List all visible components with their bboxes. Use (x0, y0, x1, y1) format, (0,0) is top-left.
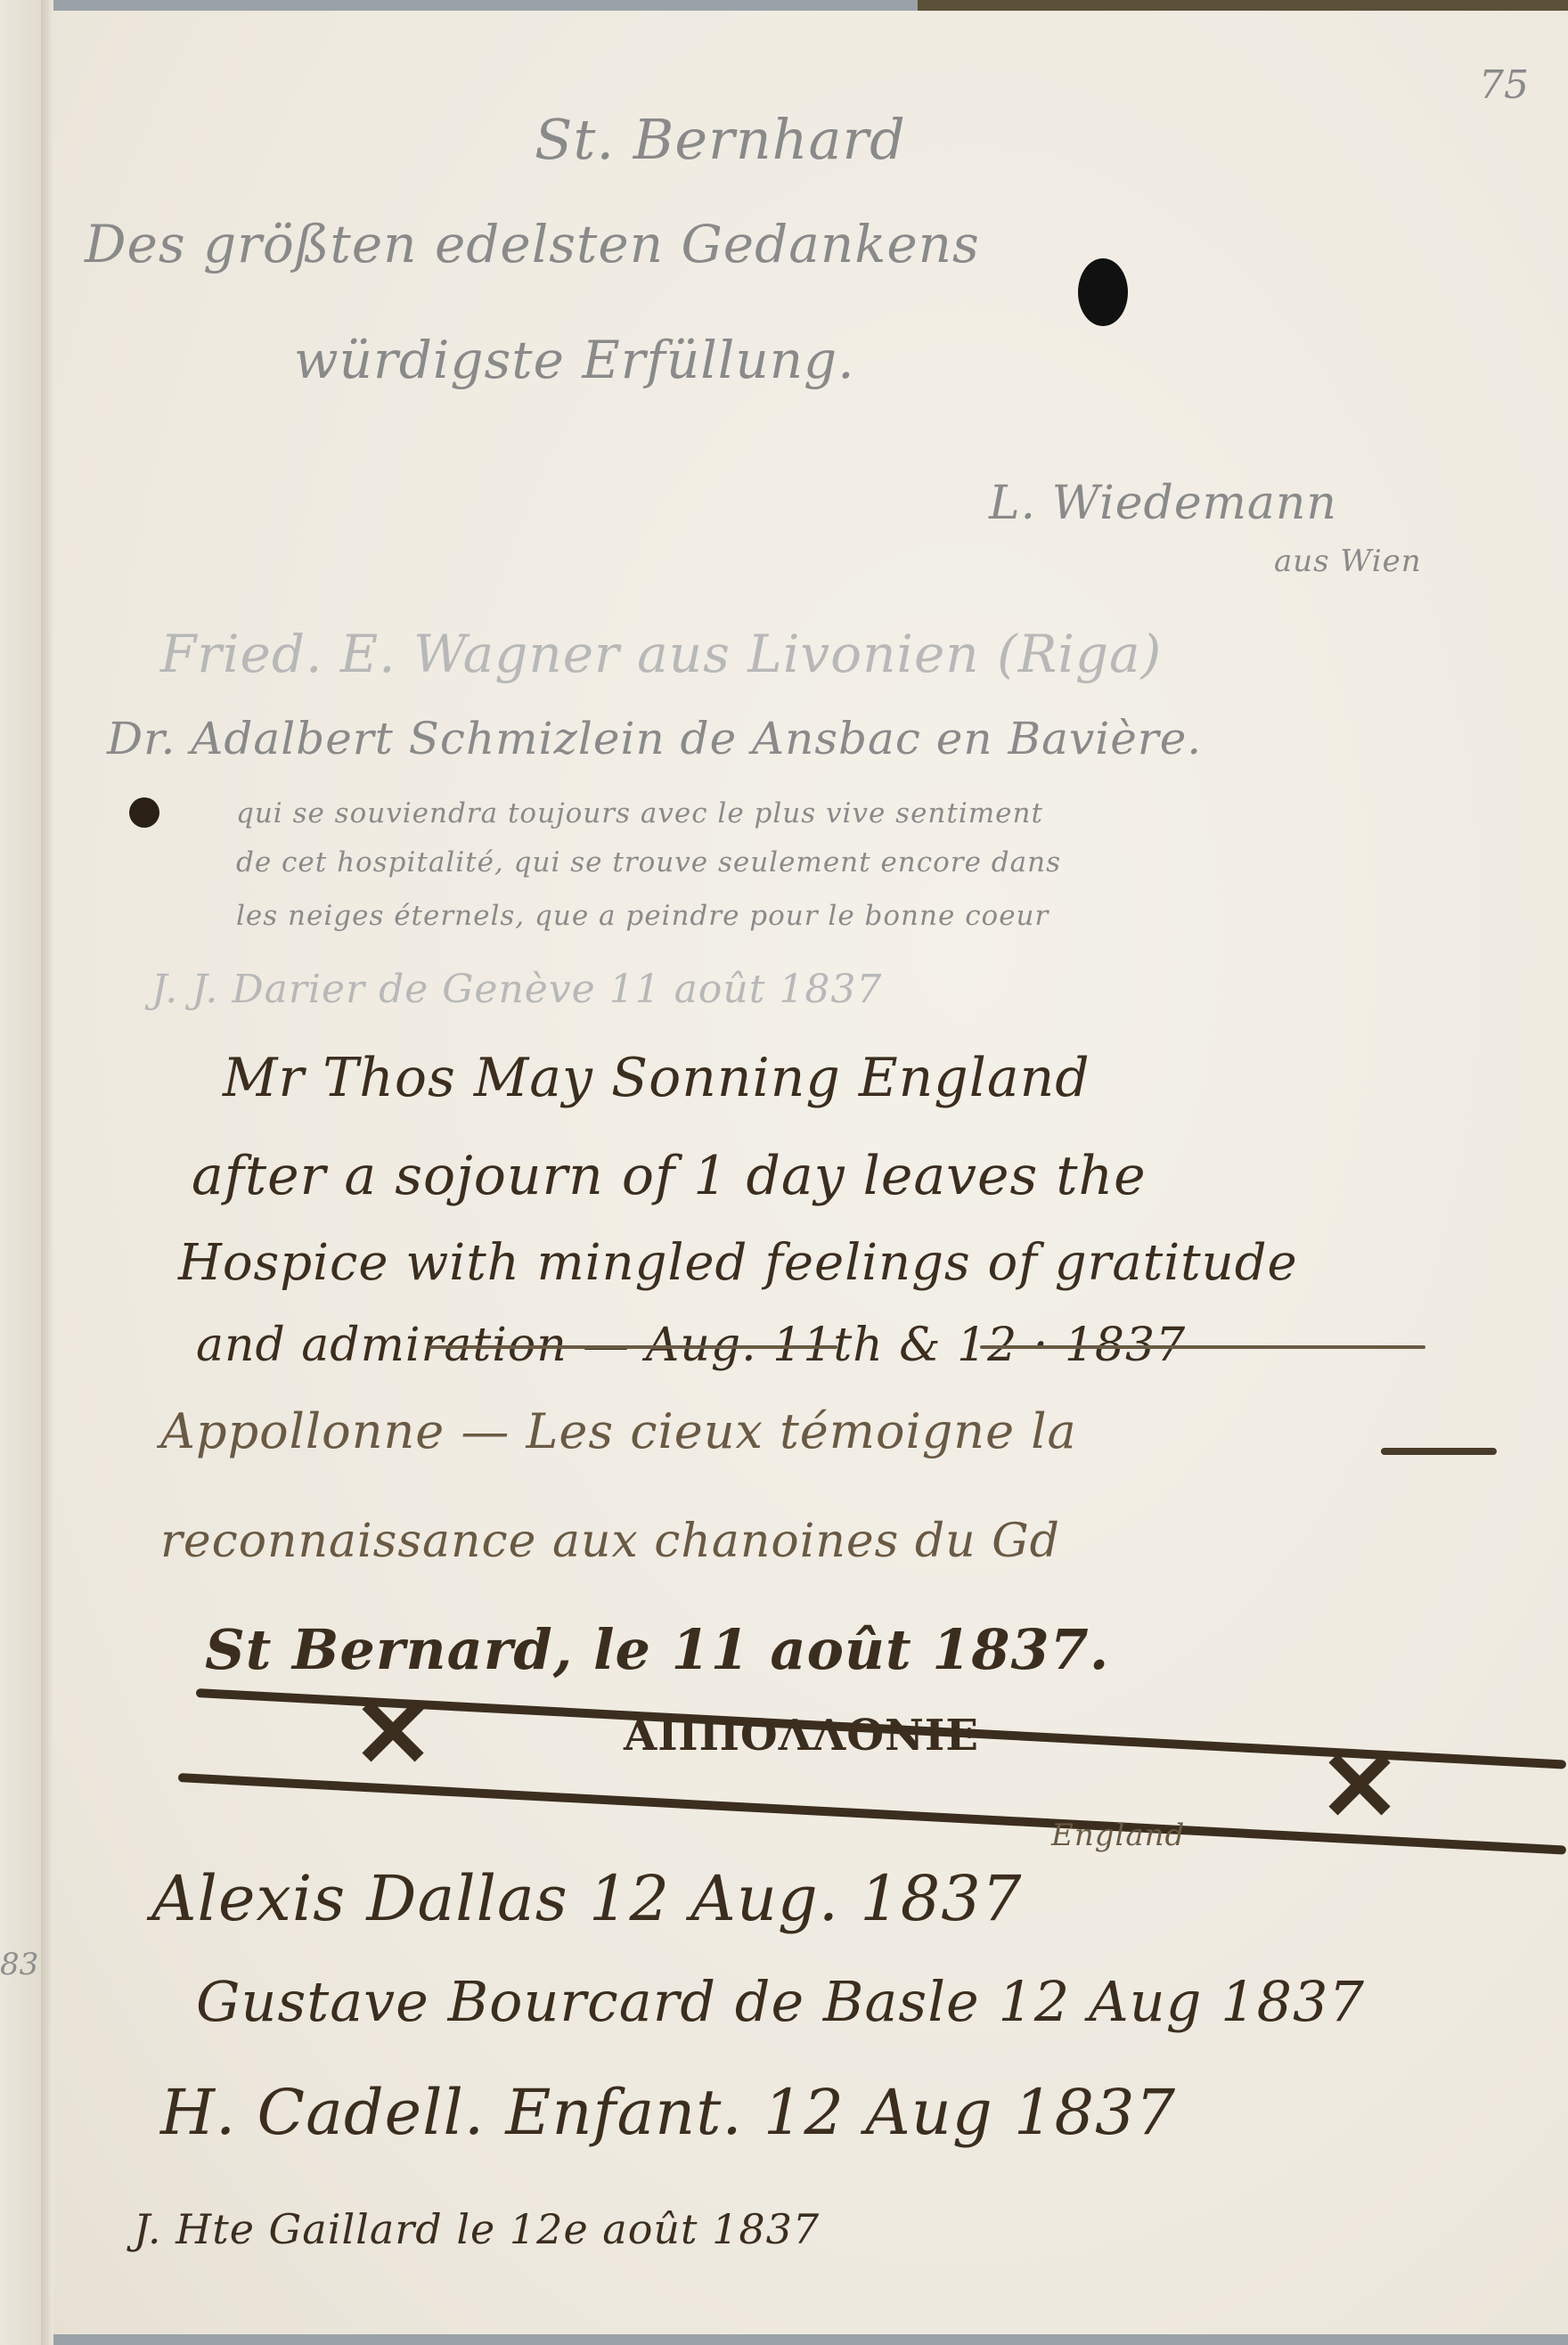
entry-greek: ΑΠΠΟΛΛΟΝΙΕ (624, 1711, 979, 1761)
page-number: 75 (1479, 62, 1529, 108)
entry-apollonne-3: St Bernard, le 11 août 1837. (205, 1617, 1109, 1682)
book-gutter (41, 0, 53, 2345)
entry-german-motto-1: Des größten edelsten Gedankens (85, 214, 980, 274)
entry-schmizlein-name: Dr. Adalbert Schmizlein de Ansbac en Bav… (107, 713, 1202, 764)
entry-apollonne-1: Appollonne — Les cieux témoigne la (160, 1403, 1077, 1459)
flourish (1381, 1448, 1497, 1455)
previous-page-edge (0, 0, 42, 2345)
entry-dallas: Alexis Dallas 12 Aug. 1837 (151, 1862, 1022, 1935)
x-mark: ✕ (1319, 1728, 1401, 1843)
entry-gaillard: J. Hte Gaillard le 12e août 1837 (134, 2205, 820, 2253)
entry-schmizlein-text-1: qui se souviendra toujours avec le plus … (236, 797, 1043, 829)
underline (428, 1345, 837, 1349)
x-mark: ✕ (352, 1675, 434, 1790)
entry-may-1: Mr Thos May Sonning England (223, 1047, 1090, 1109)
entry-german-motto-2: würdigste Erfüllung. (294, 330, 855, 390)
underline (980, 1345, 1425, 1349)
ink-blot (129, 797, 159, 828)
entry-dallas-annotation: England (1051, 1818, 1185, 1853)
entry-wiedemann-signature: L. Wiedemann (989, 477, 1337, 530)
entry-may-3: Hospice with mingled feelings of gratitu… (178, 1234, 1298, 1292)
entry-cadell: H. Cadell. Enfant. 12 Aug 1837 (160, 2076, 1176, 2149)
entry-heading: St. Bernhard (535, 107, 906, 172)
previous-page-number: 83 (0, 1947, 38, 1982)
entry-wiedemann-origin: aus Wien (1274, 543, 1422, 579)
entry-wagner: Fried. E. Wagner aus Livonien (Riga) (160, 624, 1162, 684)
ink-blot (1078, 258, 1128, 326)
entry-schmizlein-text-2: de cet hospitalité, qui se trouve seulem… (236, 846, 1061, 878)
entry-schmizlein-text-3: les neiges éternels, que a peindre pour … (236, 900, 1049, 932)
entry-bourcard: Gustave Bourcard de Basle 12 Aug 1837 (196, 1969, 1365, 2034)
entry-may-2: after a sojourn of 1 day leaves the (192, 1145, 1147, 1207)
entry-apollonne-2: reconnaissance aux chanoines du Gd (160, 1515, 1060, 1568)
entry-darier: J. J. Darier de Genève 11 août 1837 (151, 967, 882, 1012)
